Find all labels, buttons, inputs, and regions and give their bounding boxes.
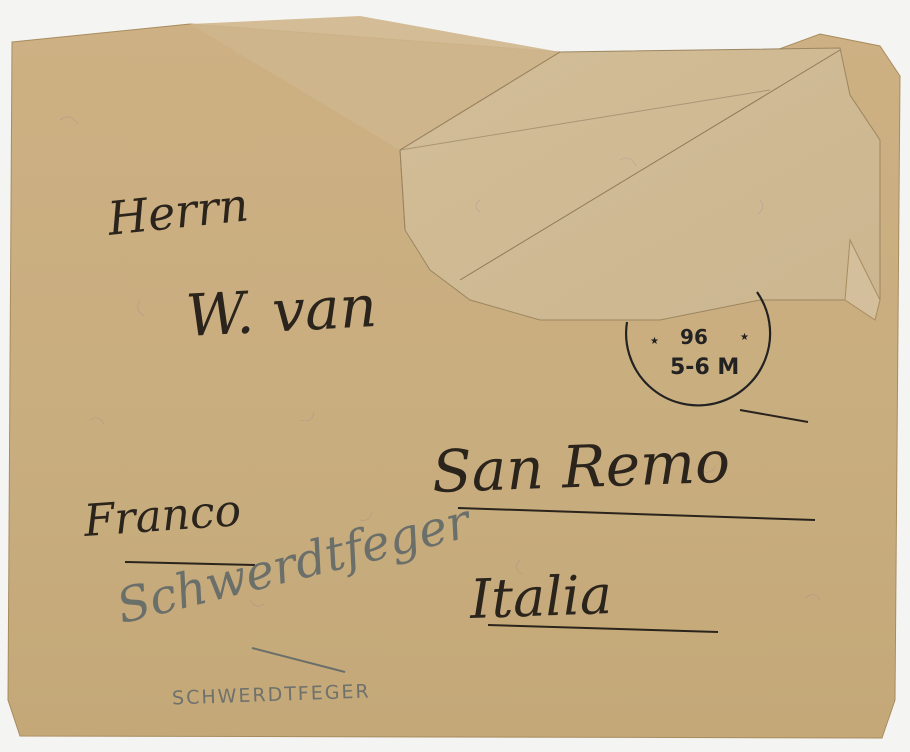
postmark-date: 5-6 M — [670, 355, 739, 380]
envelope-body: ★ ★ — [0, 0, 910, 752]
envelope-photo: ★ ★ Herrn W. van 96 5-6 M San Remo Franc… — [0, 0, 910, 752]
country-text: Italia — [469, 563, 613, 631]
svg-text:★: ★ — [650, 336, 659, 347]
postmark-year: 96 — [680, 324, 708, 348]
svg-text:★: ★ — [740, 332, 749, 343]
recipient-name-text: W. van — [184, 272, 378, 350]
city-text: San Remo — [431, 428, 731, 506]
